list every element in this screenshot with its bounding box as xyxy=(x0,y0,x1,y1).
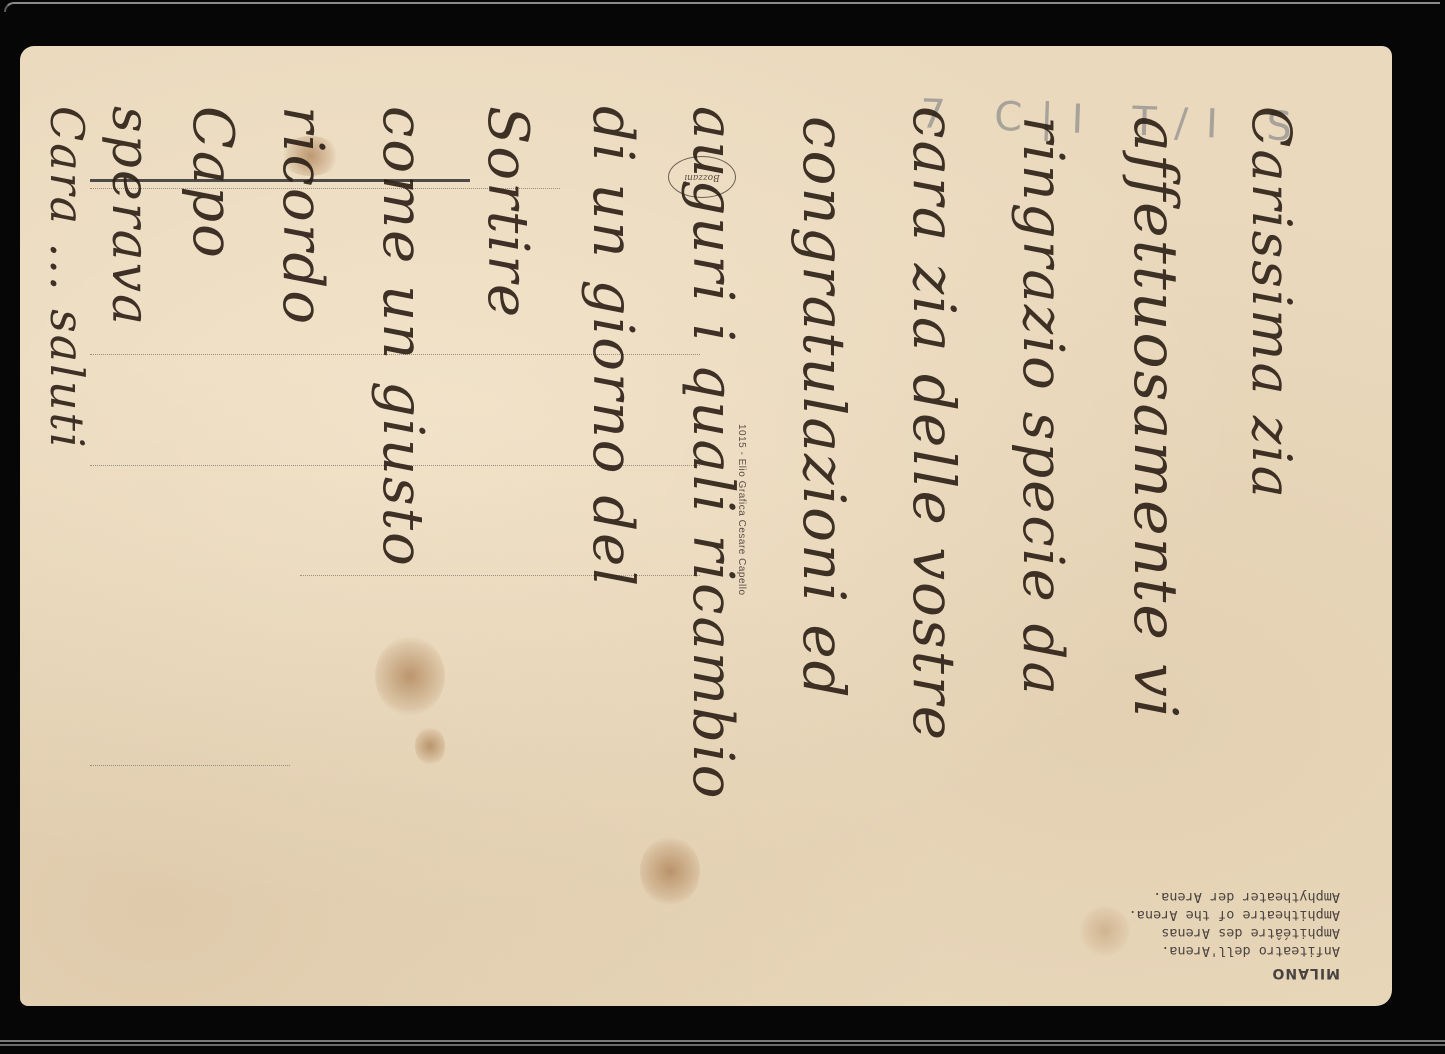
handwritten-line: congratulazioni ed xyxy=(790,116,858,700)
caption-title: MILANO xyxy=(1050,964,1340,982)
handwritten-line: cara zia delle vostre xyxy=(900,106,968,742)
photo-sleeve: 7 C|I T/I S Bozzani 1015 - Elio Grafica … xyxy=(0,0,1445,1054)
caption-line-german: Amphytheater der Arena. xyxy=(1050,888,1340,906)
foxing-stain xyxy=(415,726,445,766)
handwritten-line: Carissima zia xyxy=(1240,106,1303,500)
address-line xyxy=(90,765,290,766)
handwritten-line: Capo xyxy=(180,106,245,260)
caption-line-english: Amphitheatre of the Arena. xyxy=(1050,906,1340,924)
postcard-back: 7 C|I T/I S Bozzani 1015 - Elio Grafica … xyxy=(20,46,1392,1006)
handwritten-line: come un giusto xyxy=(370,106,435,568)
handwritten-line: Cara ... saluti xyxy=(40,106,94,450)
handwritten-line: ricordo xyxy=(270,106,335,326)
handwritten-line: Sortire xyxy=(475,106,540,319)
caption-line-french: Amphitéâtre des Arenas xyxy=(1050,924,1340,942)
handwritten-line: auguri i quali ricambio xyxy=(680,106,745,800)
sleeve-edge-top xyxy=(4,2,1440,12)
foxing-stain xyxy=(375,636,445,716)
sleeve-edge-bottom xyxy=(0,1040,1445,1046)
handwritten-line: di un giorno del xyxy=(580,106,645,588)
handwritten-line: affettuosamente vi xyxy=(1120,116,1190,720)
printed-caption: MILANO Anfiteatro dell'Arena. Amphitéâtr… xyxy=(1050,888,1340,982)
handwritten-line: sperava xyxy=(100,106,160,327)
caption-line-italian: Anfiteatro dell'Arena. xyxy=(1050,942,1340,960)
handwritten-line: ringrazio specie da xyxy=(1010,116,1075,697)
foxing-stain xyxy=(640,836,700,906)
